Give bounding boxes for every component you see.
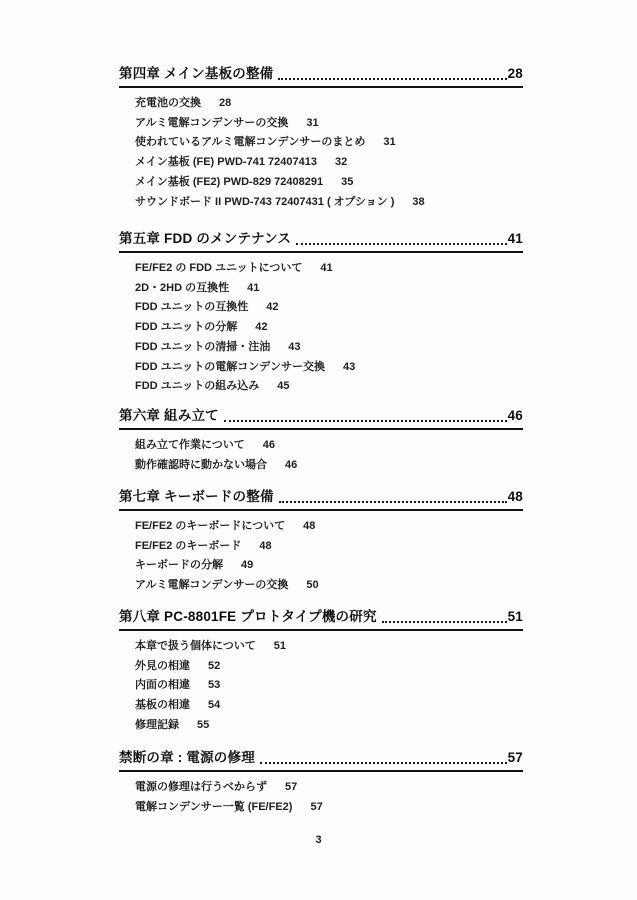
entry-page-number: 46 bbox=[263, 439, 275, 451]
entry-label: FDD ユニットの互換性 bbox=[135, 301, 248, 313]
chapter-page-number: 46 bbox=[508, 406, 523, 426]
toc-chapter-6: 第六章 組み立て 46 組み立て作業について46 動作確認時に動かない場合46 bbox=[119, 406, 523, 475]
entry-page-number: 41 bbox=[247, 282, 259, 294]
toc-chapter-7: 第七章 キーボードの整備 48 FE/FE2 のキーボードについて48 FE/F… bbox=[119, 487, 523, 596]
entry-page-number: 51 bbox=[274, 640, 286, 652]
entry-page-number: 41 bbox=[320, 262, 332, 274]
entry-label: FE/FE2 の FDD ユニットについて bbox=[135, 262, 302, 274]
dot-leader bbox=[279, 501, 507, 503]
chapter-page-number: 28 bbox=[508, 64, 523, 84]
chapter-page-number: 48 bbox=[508, 487, 523, 507]
toc-entry: サウンドボード II PWD-743 72407431 ( オプション )38 bbox=[135, 193, 523, 213]
dot-leader bbox=[260, 762, 507, 764]
entry-page-number: 46 bbox=[285, 459, 297, 471]
entry-label: FDD ユニットの分解 bbox=[135, 321, 237, 333]
toc-entry: FDD ユニットの組み込み45 bbox=[135, 377, 523, 397]
toc-entry: FE/FE2 のキーボード48 bbox=[135, 537, 523, 557]
entry-page-number: 52 bbox=[208, 660, 220, 672]
entry-page-number: 38 bbox=[412, 196, 424, 208]
chapter-page-number: 51 bbox=[508, 607, 523, 627]
toc-entry: 基板の相違54 bbox=[135, 696, 523, 716]
toc-entry: 2D・2HD の互換性41 bbox=[135, 279, 523, 299]
toc-entry: FDD ユニットの分解42 bbox=[135, 318, 523, 338]
entry-label: メイン基板 (FE2) PWD-829 72408291 bbox=[135, 176, 323, 188]
entry-label: メイン基板 (FE) PWD-741 72407413 bbox=[135, 156, 317, 168]
scanned-document-page: { "page": { "footer_page_number": "3" },… bbox=[0, 0, 637, 900]
entry-label: アルミ電解コンデンサーの交換 bbox=[135, 579, 288, 591]
toc-entry: 外見の相違52 bbox=[135, 657, 523, 677]
entry-label: 組み立て作業について bbox=[135, 439, 245, 451]
entry-page-number: 57 bbox=[310, 801, 322, 813]
chapter-entries: FE/FE2 の FDD ユニットについて41 2D・2HD の互換性41 FD… bbox=[119, 259, 523, 397]
dot-leader bbox=[278, 78, 506, 80]
toc-entry: 電源の修理は行うべからず57 bbox=[135, 778, 523, 798]
dot-leader bbox=[296, 243, 506, 245]
chapter-heading: 禁断の章 : 電源の修理 57 bbox=[119, 748, 523, 772]
entry-label: 外見の相違 bbox=[135, 660, 190, 672]
entry-page-number: 43 bbox=[343, 361, 355, 373]
chapter-entries: 本章で扱う個体について51 外見の相違52 内面の相違53 基板の相違54 修理… bbox=[119, 637, 523, 736]
chapter-title: 第七章 キーボードの整備 bbox=[119, 487, 274, 507]
toc-entry: 本章で扱う個体について51 bbox=[135, 637, 523, 657]
toc-entry: アルミ電解コンデンサーの交換31 bbox=[135, 114, 523, 134]
entry-page-number: 31 bbox=[383, 136, 395, 148]
entry-page-number: 53 bbox=[208, 679, 220, 691]
toc-chapter-8: 第八章 PC-8801FE プロトタイプ機の研究 51 本章で扱う個体について5… bbox=[119, 607, 523, 736]
entry-page-number: 54 bbox=[208, 699, 220, 711]
toc-entry: 電解コンデンサー一覧 (FE/FE2)57 bbox=[135, 798, 523, 818]
entry-label: FE/FE2 のキーボードについて bbox=[135, 520, 285, 532]
entry-page-number: 42 bbox=[255, 321, 267, 333]
toc-entry: FE/FE2 の FDD ユニットについて41 bbox=[135, 259, 523, 279]
toc-entry: FDD ユニットの互換性42 bbox=[135, 298, 523, 318]
chapter-heading: 第五章 FDD のメンテナンス 41 bbox=[119, 229, 523, 253]
chapter-title: 第八章 PC-8801FE プロトタイプ機の研究 bbox=[119, 607, 377, 627]
toc-entry: 動作確認時に動かない場合46 bbox=[135, 456, 523, 476]
toc-entry: 使われているアルミ電解コンデンサーのまとめ31 bbox=[135, 133, 523, 153]
entry-label: 電源の修理は行うべからず bbox=[135, 781, 267, 793]
entry-label: 基板の相違 bbox=[135, 699, 190, 711]
entry-page-number: 48 bbox=[303, 520, 315, 532]
chapter-title: 第五章 FDD のメンテナンス bbox=[119, 229, 291, 249]
toc-chapter-forbidden: 禁断の章 : 電源の修理 57 電源の修理は行うべからず57 電解コンデンサー一… bbox=[119, 748, 523, 817]
toc-entry: アルミ電解コンデンサーの交換50 bbox=[135, 576, 523, 596]
chapter-heading: 第四章 メイン基板の整備 28 bbox=[119, 64, 523, 88]
entry-label: アルミ電解コンデンサーの交換 bbox=[135, 117, 288, 129]
toc-entry: メイン基板 (FE2) PWD-829 7240829135 bbox=[135, 173, 523, 193]
chapter-entries: 組み立て作業について46 動作確認時に動かない場合46 bbox=[119, 436, 523, 475]
entry-label: サウンドボード II PWD-743 72407431 ( オプション ) bbox=[135, 196, 394, 208]
entry-page-number: 48 bbox=[259, 540, 271, 552]
toc-entry: 内面の相違53 bbox=[135, 676, 523, 696]
toc-entry: FE/FE2 のキーボードについて48 bbox=[135, 517, 523, 537]
toc-entry: メイン基板 (FE) PWD-741 7240741332 bbox=[135, 153, 523, 173]
entry-page-number: 55 bbox=[197, 719, 209, 731]
entry-label: 動作確認時に動かない場合 bbox=[135, 459, 267, 471]
chapter-title: 第四章 メイン基板の整備 bbox=[119, 64, 273, 84]
toc-entry: FDD ユニットの電解コンデンサー交換43 bbox=[135, 358, 523, 378]
entry-page-number: 31 bbox=[306, 117, 318, 129]
entry-label: 本章で扱う個体について bbox=[135, 640, 256, 652]
toc-entry: FDD ユニットの清掃・注油43 bbox=[135, 338, 523, 358]
dot-leader bbox=[382, 621, 507, 623]
chapter-page-number: 57 bbox=[508, 748, 523, 768]
entry-page-number: 42 bbox=[266, 301, 278, 313]
chapter-entries: 充電池の交換28 アルミ電解コンデンサーの交換31 使われているアルミ電解コンデ… bbox=[119, 94, 523, 212]
entry-page-number: 28 bbox=[219, 97, 231, 109]
chapter-title: 第六章 組み立て bbox=[119, 406, 219, 426]
entry-label: キーボードの分解 bbox=[135, 559, 223, 571]
toc-chapter-4: 第四章 メイン基板の整備 28 充電池の交換28 アルミ電解コンデンサーの交換3… bbox=[119, 64, 523, 212]
entry-page-number: 35 bbox=[341, 176, 353, 188]
entry-page-number: 57 bbox=[285, 781, 297, 793]
entry-label: FDD ユニットの組み込み bbox=[135, 380, 259, 392]
chapter-title: 禁断の章 : 電源の修理 bbox=[119, 748, 255, 768]
entry-label: 内面の相違 bbox=[135, 679, 190, 691]
entry-label: FDD ユニットの清掃・注油 bbox=[135, 341, 270, 353]
entry-label: 電解コンデンサー一覧 (FE/FE2) bbox=[135, 801, 292, 813]
footer-page-number: 3 bbox=[0, 834, 637, 846]
entry-page-number: 43 bbox=[288, 341, 300, 353]
chapter-heading: 第八章 PC-8801FE プロトタイプ機の研究 51 bbox=[119, 607, 523, 631]
entry-page-number: 45 bbox=[277, 380, 289, 392]
entry-page-number: 50 bbox=[306, 579, 318, 591]
entry-label: 2D・2HD の互換性 bbox=[135, 282, 229, 294]
entry-label: 使われているアルミ電解コンデンサーのまとめ bbox=[135, 136, 365, 148]
chapter-entries: FE/FE2 のキーボードについて48 FE/FE2 のキーボード48 キーボー… bbox=[119, 517, 523, 596]
entry-label: FE/FE2 のキーボード bbox=[135, 540, 241, 552]
chapter-entries: 電源の修理は行うべからず57 電解コンデンサー一覧 (FE/FE2)57 bbox=[119, 778, 523, 817]
toc-entry: 充電池の交換28 bbox=[135, 94, 523, 114]
toc-entry: 修理記録55 bbox=[135, 716, 523, 736]
dot-leader bbox=[224, 420, 507, 422]
toc-chapter-5: 第五章 FDD のメンテナンス 41 FE/FE2 の FDD ユニットについて… bbox=[119, 229, 523, 397]
toc-entry: キーボードの分解49 bbox=[135, 556, 523, 576]
entry-page-number: 49 bbox=[241, 559, 253, 571]
chapter-heading: 第六章 組み立て 46 bbox=[119, 406, 523, 430]
entry-label: FDD ユニットの電解コンデンサー交換 bbox=[135, 361, 325, 373]
chapter-page-number: 41 bbox=[508, 229, 523, 249]
entry-label: 充電池の交換 bbox=[135, 97, 201, 109]
chapter-heading: 第七章 キーボードの整備 48 bbox=[119, 487, 523, 511]
toc-entry: 組み立て作業について46 bbox=[135, 436, 523, 456]
entry-label: 修理記録 bbox=[135, 719, 179, 731]
entry-page-number: 32 bbox=[335, 156, 347, 168]
